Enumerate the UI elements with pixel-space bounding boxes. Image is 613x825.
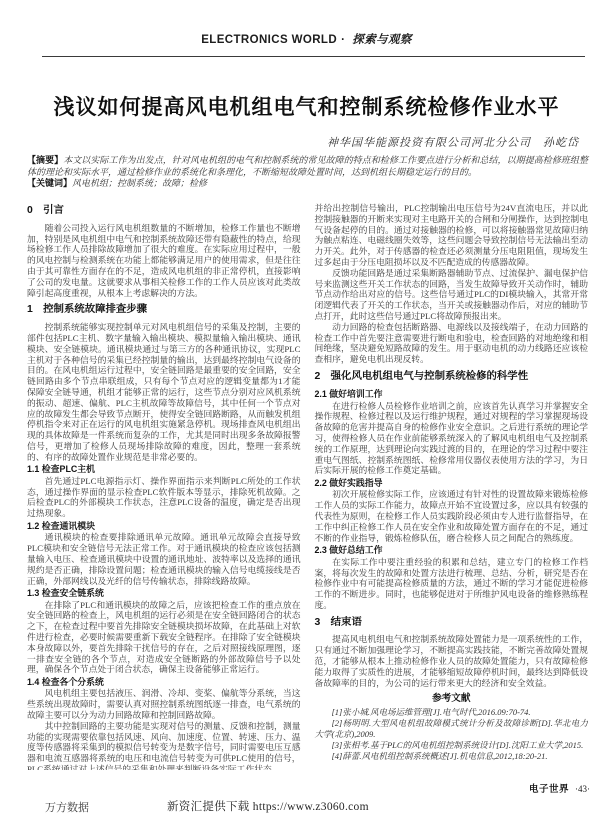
subsection-heading-1-2: 1.2 检查通讯模块 (27, 521, 301, 532)
keywords-paragraph: 【关键词】风电机组；控制系统；故障；检修 (27, 178, 588, 190)
references-heading: 参考文献 (315, 694, 589, 705)
left-column: 0 引言 随着公司投入运行风电机组数量的不断增加，检修工作量也不断增加，特别是风… (27, 203, 301, 770)
paragraph: 初次开展检修实际工作，应该通过有针对性的设置故障来锻炼检修工作人员的实际工作能力… (315, 489, 589, 543)
abstract-label: 【摘要】 (27, 155, 63, 165)
footer-journal-name: 电子世界 (529, 784, 569, 795)
paragraph: 在进行检修人员检修作业培训之前，应该首先认真学习并掌握安全操作规程、检修过程以及… (315, 401, 589, 477)
paragraph: 在排除了PLC和通讯模块的故障之后，应该把检查工作的重点放在安全链回路的检查上，… (27, 600, 301, 676)
header-separator: · (341, 34, 345, 46)
section-heading-1: 1 控制系统故障排查步骤 (27, 305, 301, 316)
reference-item: [2]杨明明.大型风电机组故障模式统计分析及故障诊断[D].华北电力大学(北京)… (315, 718, 589, 740)
keywords-label: 【关键词】 (27, 178, 72, 188)
section-heading-0: 0 引言 (27, 206, 301, 217)
paragraph: 提高风电机组电气和控制系统故障处置能力是一项系统性的工作，只有通过不断加强理论学… (315, 634, 589, 688)
subsection-heading-2-3: 2.3 做好总结工作 (315, 545, 589, 556)
journal-column-name: 探索与观察 (352, 34, 412, 46)
subsection-heading-1-4: 1.4 检查各个分系统 (27, 677, 301, 688)
author-affiliation: 神华国华能源投资有限公司河北分公司 孙屹岱 (327, 134, 579, 150)
article-title: 浅议如何提高风电机组电气和控制系统检修作业水平 (0, 91, 613, 121)
abstract-block: 【摘要】本文以实际工作为出发点，针对风电机组的电气和控制系统的常见故障的特点和检… (27, 155, 588, 190)
wanfang-data-mark: 万方数据 (45, 799, 89, 815)
subsection-heading-2-1: 2.1 做好培训工作 (315, 389, 589, 400)
journal-header: ELECTRONICS WORLD·探索与观察 (0, 31, 613, 47)
section-heading-3: 3 结束语 (315, 618, 589, 629)
header-rule (42, 56, 585, 57)
reference-item: [4]薛蕾.风电机组控制系统概述[J].机电信息,2012,18:20-21. (315, 751, 589, 762)
reference-item: [3]张相考.基于PLC的风电机组控制系统设计[D].沈阳工业大学,2015. (315, 740, 589, 751)
paragraph: 通讯模块的检查要排除通讯单元故障。通讯单元故障会直接导致PLC模块和安全链信号无… (27, 532, 301, 586)
section-heading-2: 2 强化风电机组电气与控制系统检修的科学性 (315, 372, 589, 383)
paragraph-continuation: 并给出控制信号输出，PLC控制输出电压信号为24V直流电压，并以此控制接触器的开… (315, 203, 589, 268)
subsection-heading-1-1: 1.1 检查PLC主机 (27, 464, 301, 475)
reference-item: [1]张小城.风电场运维管理[J].电气时代,2016.09:70-74. (315, 707, 589, 718)
keywords-text: 风电机组；控制系统；故障；检修 (72, 178, 207, 188)
paragraph: 其中控制回路的主要功能是实现对信号的测量、反馈和控制，测量功能的实现需要依靠包括… (27, 721, 301, 770)
paragraph: 首先通过PLC电源指示灯、操作界面指示来判断PLC所处的工作状态，通过操作界面的… (27, 476, 301, 519)
body-columns: 0 引言 随着公司投入运行风电机组数量的不断增加，检修工作量也不断增加，特别是风… (27, 203, 588, 770)
paragraph: 在实际工作中要注重经验的积累和总结，建立专门的检修工作档案，将每次发生的故障和处… (315, 557, 589, 611)
download-note: 新资汇提供下载 https://www.z3060.com (167, 798, 369, 814)
abstract-paragraph: 【摘要】本文以实际工作为出发点，针对风电机组的电气和控制系统的常见故障的特点和检… (27, 155, 588, 178)
footer-page-number: ·43· (575, 784, 590, 794)
paragraph: 风电机组主要包括液压、润滑、冷却、变桨、偏航等分系统，当这些系统出现故障时，需要… (27, 688, 301, 720)
scanned-paper-page: ELECTRONICS WORLD·探索与观察 浅议如何提高风电机组电气和控制系… (0, 0, 613, 825)
journal-name-en: ELECTRONICS WORLD (201, 34, 337, 46)
right-column: 并给出控制信号输出，PLC控制输出电压信号为24V直流电压，并以此控制接触器的开… (315, 203, 589, 770)
subsection-heading-1-3: 1.3 检查安全链系统 (27, 588, 301, 599)
paragraph: 控制系统能够实现控制单元对风电机组信号的采集及控制，主要的部件包括PLC主机、数… (27, 322, 301, 462)
paragraph: 反馈功能回路是通过采集断路器辅助节点、过流保护、漏电保护信号来监测这些开关工作状… (315, 268, 589, 322)
paragraph: 动力回路的检查包括断路器、电源线以及接线端子，在动力回路的检查工作中首先要注意需… (315, 322, 589, 365)
paragraph: 随着公司投入运行风电机组数量的不断增加，检修工作量也不断增加，特别是风电机组中电… (27, 223, 301, 299)
footer-journal-line: 电子世界·43· (529, 781, 590, 795)
abstract-text: 本文以实际工作为出发点，针对风电机组的电气和控制系统的常见故障的特点和检修工作要… (27, 155, 588, 177)
subsection-heading-2-2: 2.2 做好实践指导 (315, 478, 589, 489)
